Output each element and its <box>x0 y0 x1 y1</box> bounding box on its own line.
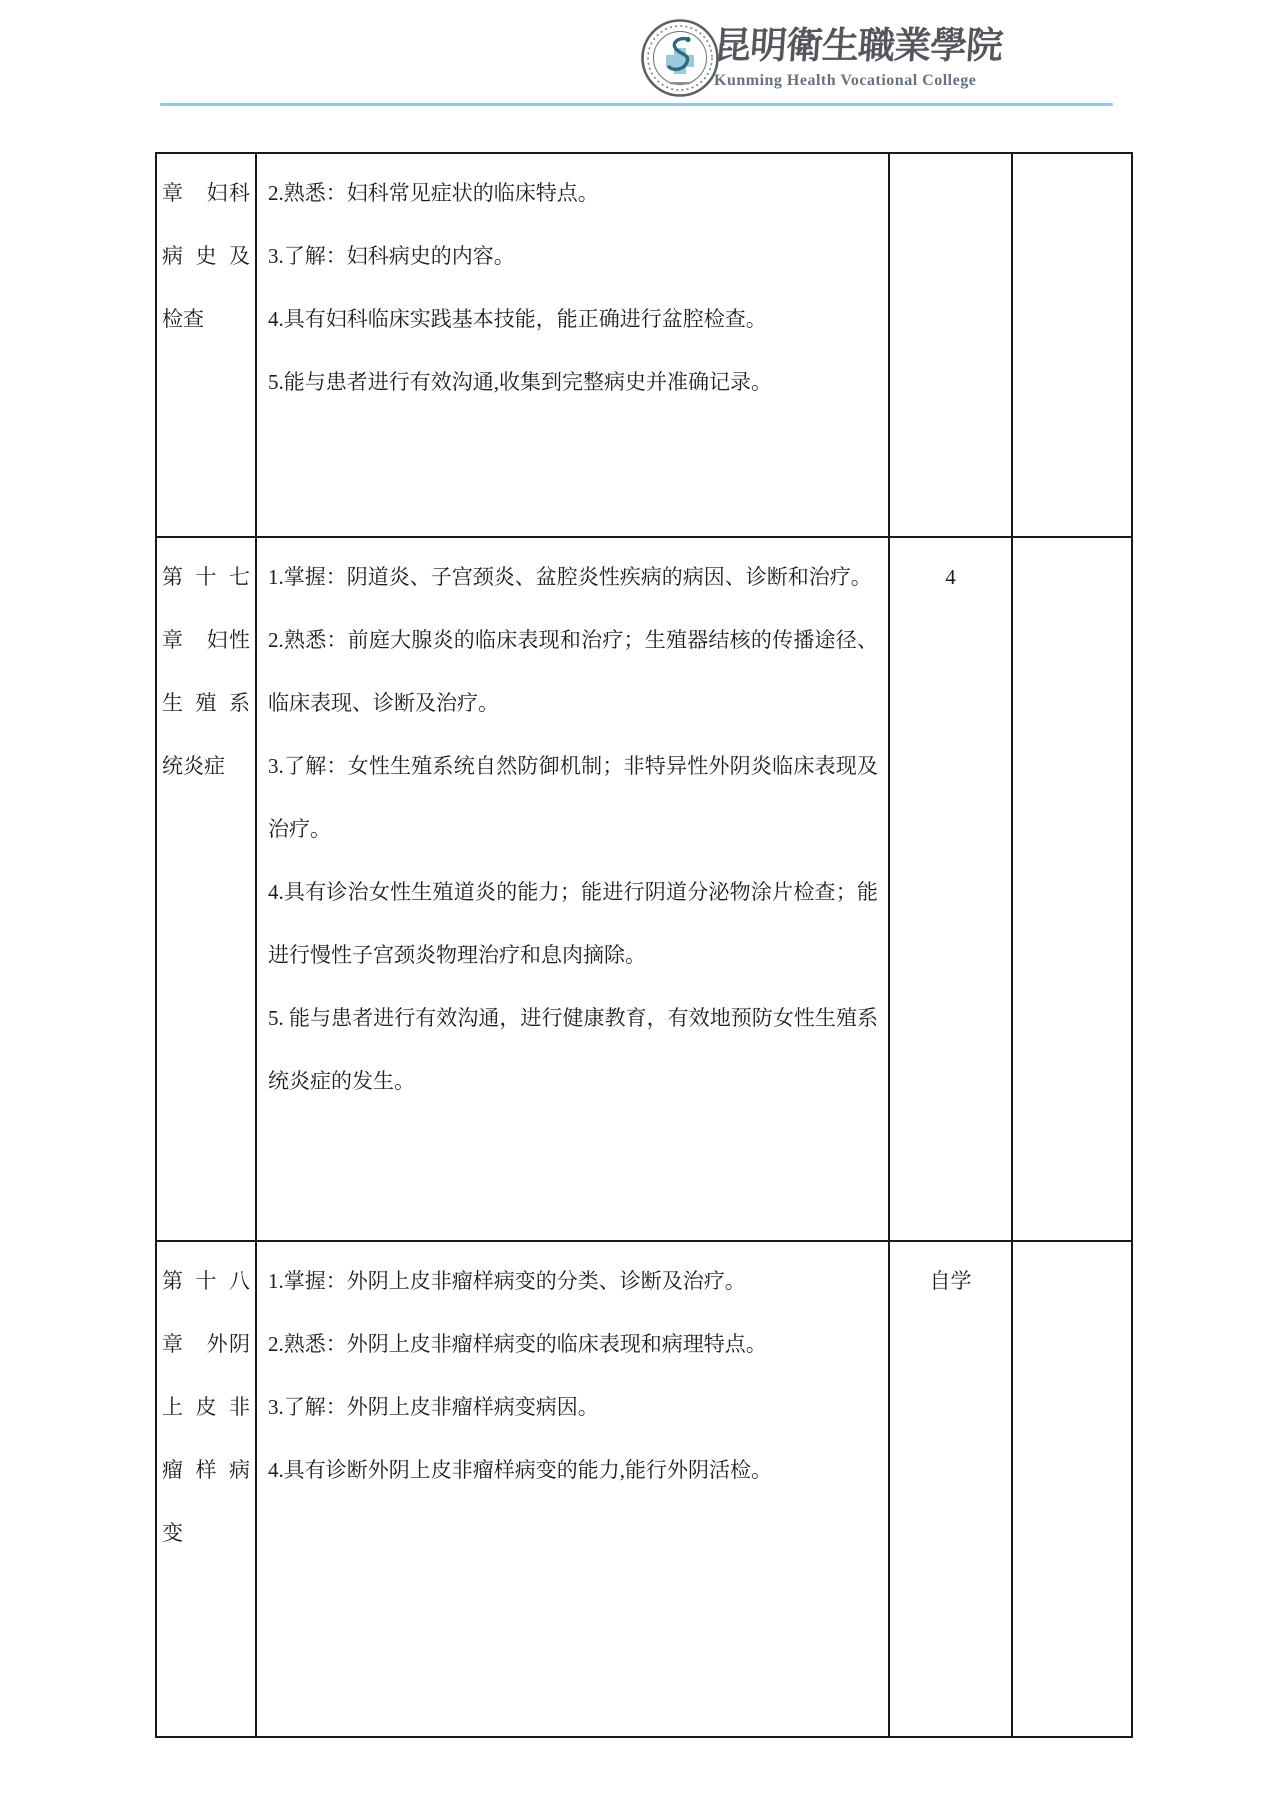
objective-item: 4.具有妇科临床实践基本技能，能正确进行盆腔检查。 <box>268 288 878 351</box>
empty-cell-row2 <box>1013 538 1131 1242</box>
objective-item: 5.能与患者进行有效沟通,收集到完整病史并准确记录。 <box>268 351 878 414</box>
objective-item: 4.具有诊治女性生殖道炎的能力；能进行阴道分泌物涂片检查；能进行慢性子宫颈炎物理… <box>268 861 878 987</box>
empty-cell-row1 <box>1013 154 1131 538</box>
hours-value: 4 <box>890 546 1011 609</box>
objective-item: 3.了解：妇科病史的内容。 <box>268 225 878 288</box>
objective-item: 3.了解：外阴上皮非瘤样病变病因。 <box>268 1376 878 1439</box>
hours-value: 自学 <box>890 1250 1011 1313</box>
objective-item: 1.掌握：阴道炎、子宫颈炎、盆腔炎性疾病的病因、诊断和治疗。 <box>268 546 878 609</box>
chapter-line: 第十八 <box>162 1250 250 1313</box>
objective-item: 2.熟悉：外阴上皮非瘤样病变的临床表现和病理特点。 <box>268 1313 878 1376</box>
college-name-zh: 昆明衛生職業學院 <box>712 24 1135 70</box>
chapter-line: 生殖系 <box>162 672 250 735</box>
hours-cell-row1 <box>890 154 1013 538</box>
chapter-line: 统炎症 <box>162 735 250 798</box>
objective-item: 1.掌握：外阴上皮非瘤样病变的分类、诊断及治疗。 <box>268 1250 878 1313</box>
chapter-line: 病史及 <box>162 225 250 288</box>
chapter-line: 瘤样病 <box>162 1439 250 1502</box>
objective-item: 3.了解：女性生殖系统自然防御机制；非特异性外阴炎临床表现及治疗。 <box>268 735 878 861</box>
college-name-block: 昆明衛生職業學院 Kunming Health Vocational Colle… <box>714 24 1134 92</box>
objective-item: 4.具有诊断外阴上皮非瘤样病变的能力,能行外阴活检。 <box>268 1439 878 1502</box>
chapter-line: 第十七 <box>162 546 250 609</box>
objectives-cell-row1: 2.熟悉：妇科常见症状的临床特点。 3.了解：妇科病史的内容。 4.具有妇科临床… <box>257 154 890 538</box>
chapter-line: 章 妇性 <box>162 609 250 672</box>
objectives-cell-row2: 1.掌握：阴道炎、子宫颈炎、盆腔炎性疾病的病因、诊断和治疗。 2.熟悉：前庭大腺… <box>257 538 890 1242</box>
chapter-line: 章 妇科 <box>162 162 250 225</box>
hours-cell-row3: 自学 <box>890 1242 1013 1736</box>
header-divider <box>160 103 1113 106</box>
document-page: 昆明衛生職業學院 Kunming Health Vocational Colle… <box>0 0 1274 1801</box>
chapter-cell-row2: 第十七 章 妇性 生殖系 统炎症 <box>157 538 257 1242</box>
hours-cell-row2: 4 <box>890 538 1013 1242</box>
empty-cell-row3 <box>1013 1242 1131 1736</box>
syllabus-table: 章 妇科 病史及 检查 2.熟悉：妇科常见症状的临床特点。 3.了解：妇科病史的… <box>155 152 1133 1738</box>
chapter-cell-row3: 第十八 章 外阴 上皮非 瘤样病 变 <box>157 1242 257 1736</box>
college-name-en: Kunming Health Vocational College <box>714 70 1134 92</box>
objectives-cell-row3: 1.掌握：外阴上皮非瘤样病变的分类、诊断及治疗。 2.熟悉：外阴上皮非瘤样病变的… <box>257 1242 890 1736</box>
chapter-line: 变 <box>162 1502 250 1565</box>
objective-item: 5. 能与患者进行有效沟通，进行健康教育，有效地预防女性生殖系统炎症的发生。 <box>268 987 878 1113</box>
chapter-line: 检查 <box>162 288 250 351</box>
chapter-cell-row1: 章 妇科 病史及 检查 <box>157 154 257 538</box>
chapter-line: 章 外阴 <box>162 1313 250 1376</box>
objective-item: 2.熟悉：妇科常见症状的临床特点。 <box>268 162 878 225</box>
objective-item: 2.熟悉：前庭大腺炎的临床表现和治疗；生殖器结核的传播途径、临床表现、诊断及治疗… <box>268 609 878 735</box>
chapter-line: 上皮非 <box>162 1376 250 1439</box>
college-logo-icon <box>640 18 720 98</box>
